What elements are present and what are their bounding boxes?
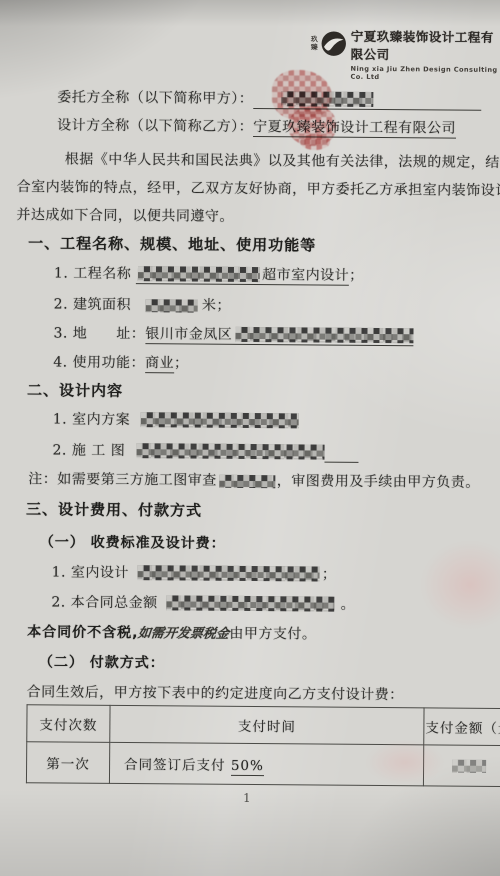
- redaction-block: [452, 760, 486, 773]
- redaction-block: [138, 565, 320, 581]
- fee-item2-line: 2. 本合同总金额 。: [51, 591, 355, 613]
- contract-sheet: 玖臻 宁夏玖臻装饰设计工程有限公司 Ning xia Jiu Zhen Desi…: [0, 0, 500, 876]
- company-name-cn: 宁夏玖臻装饰设计工程有限公司: [351, 27, 500, 64]
- preamble-line1: 根据《中华人民共和国民法典》以及其他有关法律，法规的规定，结: [65, 149, 500, 172]
- redaction-block: [235, 327, 413, 343]
- payment-subsection-title: （二） 付款方式：: [39, 651, 165, 672]
- tax-part2: 由甲方支付。: [229, 626, 316, 643]
- project-name-label: 1. 工程名称: [54, 265, 131, 282]
- redaction-block: [146, 299, 198, 312]
- interior-plan-line: 1. 室内方案: [53, 408, 299, 430]
- section3-title: 三、设计费用、付款方式: [26, 498, 202, 520]
- client-label: 委托方全称（以下简称甲方）：: [57, 89, 253, 107]
- tax-line: 本合同价不含税,如需开发票税金由甲方支付。: [27, 621, 316, 643]
- project-name-line: 1. 工程名称 超市室内设计；: [54, 262, 364, 284]
- tax-part1: 本合同价不含税,: [27, 624, 138, 641]
- function-line: 4. 使用功能：商业；: [53, 351, 188, 372]
- contract-photo: 玖臻 宁夏玖臻装饰设计工程有限公司 Ning xia Jiu Zhen Desi…: [0, 0, 500, 876]
- payment-intro-line: 合同生效后，甲方按下表中的约定进度向乙方支付设计费：: [27, 681, 404, 704]
- company-name-en: Ning xia Jiu Zhen Design Consulting Co. …: [350, 65, 500, 82]
- redaction-block: [167, 595, 335, 611]
- underline-tail: [324, 445, 358, 463]
- fee-item1-label: 1. 室内设计: [52, 564, 129, 581]
- fee-item1-line: 1. 室内设计 ；: [52, 561, 337, 583]
- designer-value: 宁夏玖臻装饰设计工程有限公司: [253, 119, 456, 139]
- jiuzhen-circle-logo-icon: [321, 31, 347, 57]
- construction-drawing-label: 2. 施 工 图: [52, 442, 125, 459]
- designer-label: 设计方全称（以下简称乙方）：: [57, 117, 253, 135]
- address-label: 3. 地 址：: [53, 325, 145, 342]
- logo-mark-text: 玖臻: [311, 35, 320, 51]
- pay-percent: 50%: [231, 758, 264, 776]
- project-name-value: 超市室内设计: [136, 266, 349, 286]
- fee-subsection-title: （一） 收费标准及设计费：: [40, 531, 226, 552]
- section1-title: 一、工程名称、规模、地址、使用功能等: [28, 232, 316, 255]
- preamble-line2: 合室内装饰的特点，经甲，乙双方友好协商，甲方委托乙方承担室内装饰设计，: [17, 176, 500, 200]
- cell-pay-times: 第一次: [26, 742, 109, 784]
- header-pay-time: 支付时间: [110, 705, 424, 744]
- redaction-block: [138, 266, 260, 282]
- cell-pay-time: 合同签订后支付 50%: [109, 742, 423, 785]
- red-stamp: [300, 134, 330, 150]
- header-pay-times: 支付次数: [27, 705, 110, 743]
- section2-title: 二、设计内容: [27, 379, 123, 401]
- address-value: 银川市金凤区: [145, 326, 413, 346]
- table-header-row: 支付次数 支付时间 支付金额（元: [27, 705, 500, 746]
- note-suffix: ，审图费用及手续由甲方负责。: [277, 473, 480, 491]
- function-value: 商业: [145, 355, 174, 373]
- company-logo: 玖臻: [311, 30, 347, 56]
- page-number: 1: [0, 789, 497, 807]
- building-area-value: 米: [136, 297, 217, 314]
- table-row: 第一次 合同签订后支付 50%: [26, 742, 500, 787]
- letterhead: 玖臻 宁夏玖臻装饰设计工程有限公司 Ning xia Jiu Zhen Desi…: [310, 26, 500, 82]
- note-line: 注：如需要第三方施工图审查，审图费用及手续由甲方负责。: [28, 468, 480, 492]
- preamble-line3: 并达成如下合同，以便共同遵守。: [16, 204, 234, 226]
- construction-drawing-line: 2. 施 工 图: [52, 439, 358, 462]
- header-pay-amount: 支付金额（元: [424, 708, 500, 746]
- function-label: 4. 使用功能：: [53, 354, 145, 371]
- cell-pay-amount: [423, 745, 500, 787]
- redaction-block: [141, 412, 299, 428]
- redaction-block: [136, 443, 324, 459]
- redaction-block: [219, 475, 275, 488]
- client-line: 委托方全称（以下简称甲方）：: [57, 86, 481, 110]
- building-area-label: 2. 建筑面积: [54, 296, 131, 313]
- fee-item2-label: 2. 本合同总金额: [51, 594, 157, 611]
- tax-handwritten: 如需开发票税金: [137, 622, 230, 642]
- designer-line: 设计方全称（以下简称乙方）：宁夏玖臻装饰设计工程有限公司: [57, 114, 456, 137]
- company-name-block: 宁夏玖臻装饰设计工程有限公司 Ning xia Jiu Zhen Design …: [350, 27, 500, 82]
- building-area-line: 2. 建筑面积 米；: [54, 293, 231, 314]
- interior-plan-label: 1. 室内方案: [53, 411, 130, 428]
- address-line: 3. 地 址：银川市金凤区: [53, 322, 413, 345]
- note-prefix: 注：如需要第三方施工图审查: [28, 471, 217, 488]
- payment-table: 支付次数 支付时间 支付金额（元 第一次 合同签订后支付 50%: [26, 704, 500, 787]
